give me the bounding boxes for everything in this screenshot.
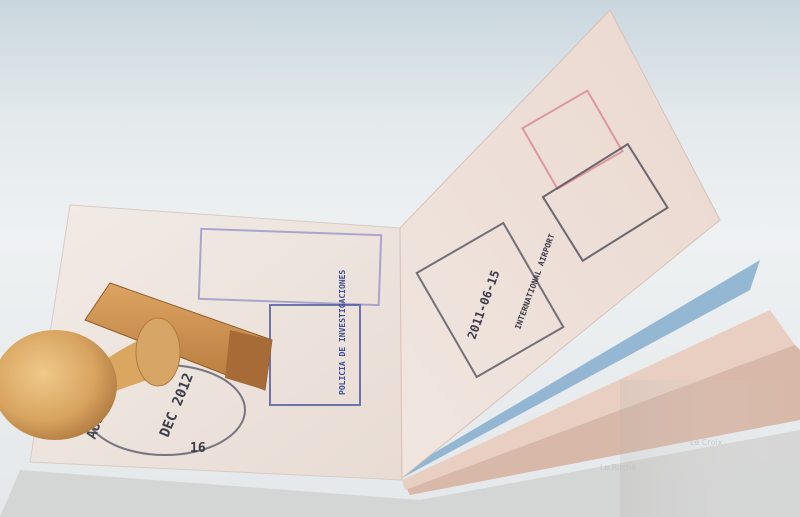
passport-photo: Vallee Le Croix Le Roche · · POLICIA DE … <box>0 0 800 517</box>
blue-stamp-text: POLICIA DE INVESTIGACIONES <box>338 270 347 395</box>
stamp-number: 16 <box>190 441 206 456</box>
photo-illustration: Vallee Le Croix Le Roche · · POLICIA DE … <box>0 0 800 517</box>
